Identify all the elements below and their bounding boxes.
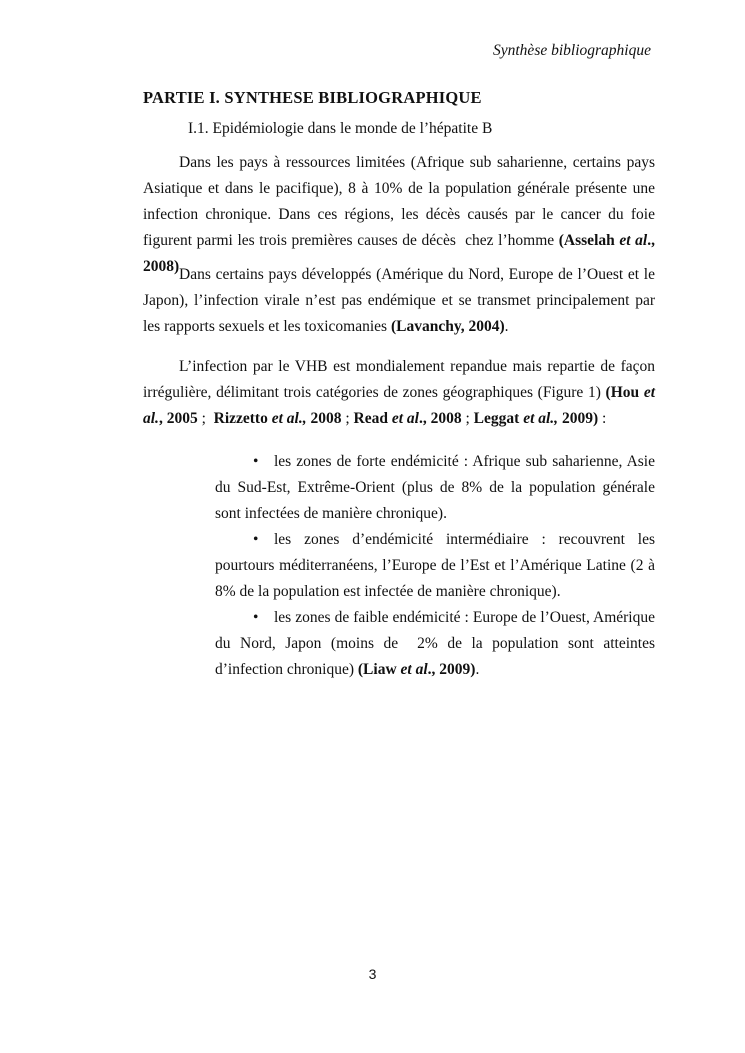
list-item-high-endemicity: •les zones de forte endémicité : Afrique… xyxy=(215,449,655,527)
bullet-icon: • xyxy=(253,449,274,475)
paragraph-developed-countries: Dans certains pays développés (Amérique … xyxy=(143,262,655,340)
page-number: 3 xyxy=(0,966,745,982)
list-item-low-endemicity: •les zones de faible endémicité : Europe… xyxy=(215,605,655,683)
part-title: PARTIE I. SYNTHESE BIBLIOGRAPHIQUE xyxy=(143,88,482,108)
list-item-text: les zones de faible endémicité : Europe … xyxy=(215,609,655,678)
endemicity-zones-list: •les zones de forte endémicité : Afrique… xyxy=(215,449,655,683)
list-item-text: les zones de forte endémicité : Afrique … xyxy=(215,453,655,522)
paragraph-vhb-world-distribution: L’infection par le VHB est mondialement … xyxy=(143,354,655,432)
list-item-intermediate-endemicity: •les zones d’endémicité intermédiaire : … xyxy=(215,527,655,605)
bullet-icon: • xyxy=(253,605,274,631)
bullet-icon: • xyxy=(253,527,274,553)
paragraph-epidemiology-limited-resources: Dans les pays à ressources limitées (Afr… xyxy=(143,150,655,280)
section-heading: I.1. Epidémiologie dans le monde de l’hé… xyxy=(188,120,492,138)
running-header: Synthèse bibliographique xyxy=(143,42,651,60)
list-item-text: les zones d’endémicité intermédiaire : r… xyxy=(215,531,655,600)
document-page: Synthèse bibliographique PARTIE I. SYNTH… xyxy=(0,0,745,1053)
